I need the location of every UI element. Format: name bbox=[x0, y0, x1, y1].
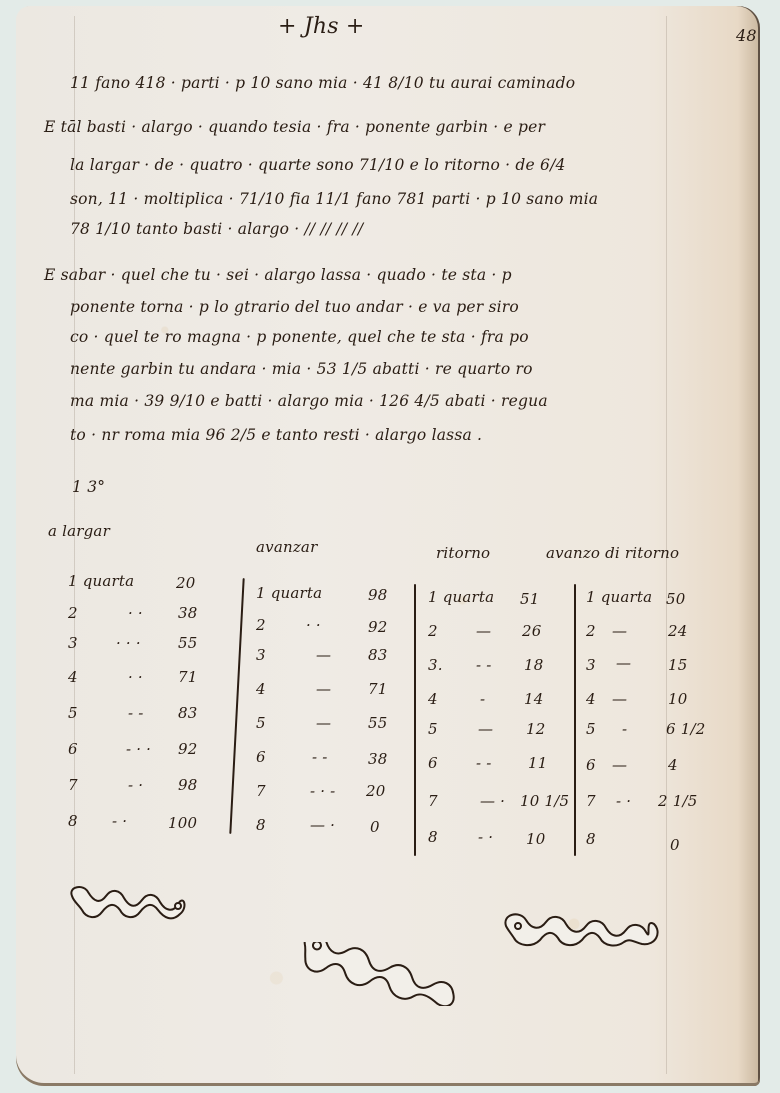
row-leader: - · - bbox=[310, 782, 335, 800]
row-leader: · · bbox=[128, 668, 143, 686]
row-number: 4 bbox=[428, 690, 438, 708]
text-line: ponente torna · p lo gtrario del tuo and… bbox=[70, 298, 519, 316]
row-value: 55 bbox=[368, 714, 388, 732]
row-number: 5 bbox=[68, 704, 78, 722]
row-leader: - - bbox=[312, 748, 328, 766]
row-number: 3 bbox=[68, 634, 78, 652]
row-value: 92 bbox=[178, 740, 198, 758]
braid-ornament-center-icon bbox=[292, 942, 472, 1006]
row-value: 24 bbox=[668, 622, 688, 640]
row-number: 1 quarta bbox=[428, 588, 494, 606]
row-number: 5 bbox=[256, 714, 266, 732]
row-value: 6 1/2 bbox=[666, 720, 705, 738]
folio-number: 48 bbox=[736, 26, 757, 45]
row-number: 3 bbox=[256, 646, 266, 664]
row-leader: — bbox=[612, 690, 627, 708]
row-value: 92 bbox=[368, 618, 388, 636]
row-value: 20 bbox=[176, 574, 196, 592]
row-value: 2 1/5 bbox=[658, 792, 697, 810]
row-value: 11 bbox=[528, 754, 548, 772]
row-number: 2 bbox=[256, 616, 266, 634]
row-number: 4 bbox=[256, 680, 266, 698]
row-value: 98 bbox=[178, 776, 198, 794]
row-value: 0 bbox=[370, 818, 380, 836]
text-line: la largar · de · quatro · quarte sono 71… bbox=[70, 156, 566, 174]
row-value: 98 bbox=[368, 586, 388, 604]
row-number: 8 bbox=[586, 830, 596, 848]
row-leader: — bbox=[612, 756, 627, 774]
row-value: 10 bbox=[668, 690, 688, 708]
row-leader: - - bbox=[128, 704, 144, 722]
row-leader: - bbox=[622, 720, 627, 738]
row-number: 6 bbox=[256, 748, 266, 766]
row-number: 3 bbox=[586, 656, 596, 674]
row-value: 71 bbox=[368, 680, 388, 698]
row-leader: — bbox=[316, 680, 331, 698]
text-line: 78 1/10 tanto basti · alargo · // // // … bbox=[70, 220, 363, 238]
text-line: to · nr roma mia 96 2/5 e tanto resti · … bbox=[70, 426, 482, 444]
braid-ornament-left-icon bbox=[66, 882, 190, 926]
row-leader: — · bbox=[310, 816, 335, 834]
row-number: 1 quarta bbox=[68, 572, 134, 590]
row-number: 6 bbox=[68, 740, 78, 758]
row-number: 2 bbox=[586, 622, 596, 640]
column-header-a-largar: a largar bbox=[48, 522, 110, 540]
row-value: 10 bbox=[526, 830, 546, 848]
text-line: son, 11 · moltiplica · 71/10 fia 11/1 fa… bbox=[70, 190, 598, 208]
column-divider bbox=[414, 584, 416, 856]
row-number: 1 quarta bbox=[586, 588, 652, 606]
row-number: 8 bbox=[68, 812, 78, 830]
column-divider bbox=[574, 584, 576, 856]
row-value: 12 bbox=[526, 720, 546, 738]
row-value: 20 bbox=[366, 782, 386, 800]
row-leader: - - bbox=[476, 754, 492, 772]
row-number: 8 bbox=[256, 816, 266, 834]
row-value: 100 bbox=[168, 814, 197, 832]
row-value: 10 1/5 bbox=[520, 792, 569, 810]
text-line: ma mia · 39 9/10 e batti · alargo mia · … bbox=[70, 392, 548, 410]
row-value: 83 bbox=[368, 646, 388, 664]
text-line: co · quel te ro magna · p ponente, quel … bbox=[70, 328, 529, 346]
row-value: 71 bbox=[178, 668, 198, 686]
row-value: 38 bbox=[178, 604, 198, 622]
row-number: 4 bbox=[586, 690, 596, 708]
row-value: 4 bbox=[668, 756, 678, 774]
row-number: 6 bbox=[586, 756, 596, 774]
braid-ornament-right-icon bbox=[500, 906, 664, 950]
row-number: 6 bbox=[428, 754, 438, 772]
row-number: 7 bbox=[428, 792, 438, 810]
text-line: 11 fano 418 · parti · p 10 sano mia · 41… bbox=[70, 74, 575, 92]
row-leader: — bbox=[316, 714, 331, 732]
invocation-header: + Jhs + bbox=[278, 14, 365, 39]
row-leader: - · bbox=[478, 828, 493, 846]
row-number: 2 bbox=[68, 604, 78, 622]
row-leader: — · bbox=[480, 792, 505, 810]
row-leader: — bbox=[316, 646, 331, 664]
row-leader: - · bbox=[616, 792, 631, 810]
row-number: 8 bbox=[428, 828, 438, 846]
row-number: 7 bbox=[68, 776, 78, 794]
column-header-ritorno: ritorno bbox=[436, 544, 490, 562]
column-header-avanzar: avanzar bbox=[256, 538, 317, 556]
row-number: 5 bbox=[428, 720, 438, 738]
row-number: 5 bbox=[586, 720, 596, 738]
row-leader: — bbox=[612, 622, 627, 640]
row-leader: — bbox=[616, 654, 631, 672]
section-marker: 1 3° bbox=[72, 478, 105, 496]
row-value: 51 bbox=[520, 590, 540, 608]
row-number: 1 quarta bbox=[256, 584, 322, 602]
row-value: 83 bbox=[178, 704, 198, 722]
row-number: 7 bbox=[256, 782, 266, 800]
row-leader: - - bbox=[476, 656, 492, 674]
row-leader: · · bbox=[306, 616, 321, 634]
row-value: 38 bbox=[368, 750, 388, 768]
column-divider bbox=[229, 578, 244, 834]
row-value: 26 bbox=[522, 622, 542, 640]
row-leader: — bbox=[476, 622, 491, 640]
row-leader: - · bbox=[128, 776, 143, 794]
row-value: 0 bbox=[670, 836, 680, 854]
row-leader: — bbox=[478, 720, 493, 738]
row-value: 18 bbox=[524, 656, 544, 674]
row-number: 7 bbox=[586, 792, 596, 810]
text-line: E sabar · quel che tu · sei · alargo las… bbox=[44, 266, 512, 284]
row-value: 14 bbox=[524, 690, 544, 708]
row-value: 50 bbox=[666, 590, 686, 608]
row-leader: · · · bbox=[116, 634, 141, 652]
manuscript-page: + Jhs + 48 11 fano 418 · parti · p 10 sa… bbox=[16, 6, 760, 1086]
row-value: 55 bbox=[178, 634, 198, 652]
row-value: 15 bbox=[668, 656, 688, 674]
row-leader: - bbox=[480, 690, 485, 708]
row-number: 3. bbox=[428, 656, 443, 674]
row-leader: - · bbox=[112, 812, 127, 830]
text-line: nente garbin tu andara · mia · 53 1/5 ab… bbox=[70, 360, 533, 378]
row-leader: · · bbox=[128, 604, 143, 622]
row-leader: - · · bbox=[126, 740, 151, 758]
row-number: 4 bbox=[68, 668, 78, 686]
text-line: E tāl basti · alargo · quando tesia · fr… bbox=[44, 118, 545, 136]
column-header-avanzo-di-ritorno: avanzo di ritorno bbox=[546, 544, 679, 562]
row-number: 2 bbox=[428, 622, 438, 640]
